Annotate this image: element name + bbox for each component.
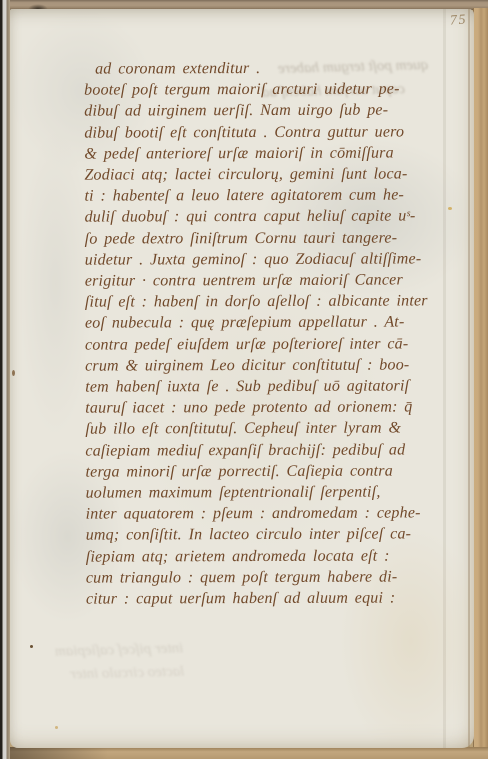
book-gutter [0,0,10,759]
manuscript-line: dibuſ bootiſ eſt conſtituta . Contra gut… [84,121,434,143]
manuscript-line: inter aquatorem : pſeum : andromedam : c… [86,503,436,525]
manuscript-line: eoſ nubecula : quę præſepium appellatur … [85,312,435,334]
manuscript-line: Zodiaci atq; lactei circulorų, gemini ſu… [84,163,434,185]
manuscript-line: ſo pede dextro ſiniſtrum Cornu tauri tan… [85,227,435,249]
manuscript-scan: quem poſt tergum haberecaput uerſum habe… [0,0,488,759]
folio-number: 75 [449,12,467,29]
bleedthrough-line: inter piſceſ caſiepiam [55,640,184,660]
text-block: ad coronam extenditur . booteſ poſt terg… [84,57,436,609]
page-crease [443,9,446,748]
manuscript-page: quem poſt tergum haberecaput uerſum habe… [10,9,474,748]
body-lines: booteſ poſt tergum maioriſ arcturi uidet… [84,79,436,610]
speck [30,645,33,648]
speck [55,726,58,729]
bottom-edge-shadow [0,747,120,759]
manuscript-line: tem habenſ iuxta ſe . Sub pedibuſ uō agi… [85,375,435,397]
bleedthrough-line: lacteo circulo inter [70,664,185,684]
manuscript-line: terga minoriſ urſæ porrectiſ. Caſiepia c… [85,460,435,482]
manuscript-line: caſiepiam mediuſ expanſiſ brachijſ: pedi… [85,439,435,461]
manuscript-line: ſiepiam atq; arietem andromeda locata eſ… [86,545,436,567]
manuscript-line: duliſ duobuſ : qui contra caput heliuſ c… [85,206,435,228]
page-stack-fore-edge [473,8,488,759]
manuscript-line: ti : habenteſ a leuo latere agitatorem c… [84,185,434,207]
speck [12,370,15,376]
manuscript-line: uolumen maximum ſeptentrionaliſ ſerpenti… [86,481,436,503]
manuscript-line: erigitur · contra uentrem urſæ maioriſ C… [85,269,435,291]
manuscript-line: contra pedeſ eiuſdem urſæ poſterioreſ in… [85,333,435,355]
stain [18,129,93,439]
manuscript-line: tauruſ iacet : uno pede protento ad orio… [85,397,435,419]
page-crease [468,9,470,748]
manuscript-line: uidetur . Juxta geminoſ : quo Zodiacuſ a… [85,248,435,270]
chapter-heading: ad coronam extenditur . [84,57,434,79]
speck [448,207,452,210]
manuscript-line: crum & uirginem Leo dicitur conſtitutuſ … [85,354,435,376]
manuscript-line: dibuſ ad uirginem uerſiſ. Nam uirgo ſub … [84,100,434,122]
manuscript-line: cum triangulo : quem poſt tergum habere … [86,566,436,588]
manuscript-line: umq; conſiſtit. In lacteo circulo inter … [86,524,436,546]
manuscript-line: citur : caput uerſum habenſ ad aluum equ… [86,587,436,609]
manuscript-line: ſituſ eſt : habenſ in dorſo aſelloſ : al… [85,291,435,313]
manuscript-line: ſub illo eſt conſtitutuſ. Cepheuſ inter … [85,418,435,440]
manuscript-line: booteſ poſt tergum maioriſ arcturi uidet… [84,79,434,101]
manuscript-line: & pedeſ anterioreſ urſæ maioriſ in cōmiſ… [84,142,434,164]
